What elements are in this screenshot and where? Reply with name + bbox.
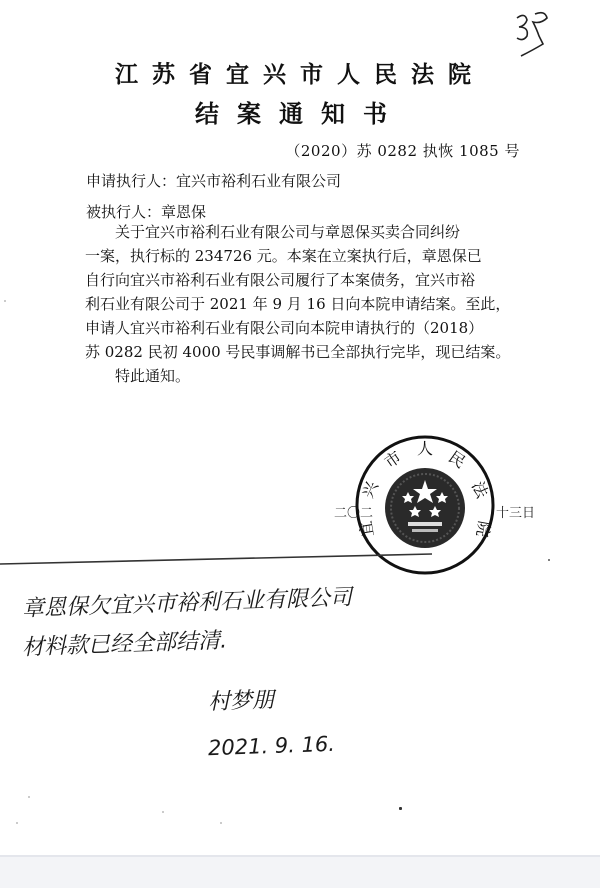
body-line: 自行向宜兴市裕利石业有限公司履行了本案债务，宜兴市裕	[85, 268, 525, 292]
stamp-date-right: 十三日	[496, 502, 535, 521]
applicant-label: 申请执行人：	[86, 172, 176, 190]
applicant-line: 申请执行人：宜兴市裕利石业有限公司	[86, 170, 341, 191]
scan-speck	[16, 822, 18, 824]
scan-speck	[399, 807, 402, 810]
separator-line	[0, 540, 440, 570]
document-title: 结案通知书	[0, 94, 600, 129]
scan-speck	[28, 796, 30, 798]
court-name-heading: 江苏省宜兴市人民法院	[0, 56, 600, 89]
scan-speck	[548, 559, 550, 561]
respondent-line: 被执行人：章恩保	[86, 201, 206, 222]
closing-line: 特此通知。	[85, 364, 525, 388]
svg-text:人: 人	[417, 439, 433, 458]
svg-text:院: 院	[473, 519, 494, 538]
scan-speck	[220, 822, 222, 824]
notice-body: 关于宜兴市裕利石业有限公司与章恩保买卖合同纠纷 一案，执行标的 234726 元…	[85, 220, 525, 388]
handwritten-date: 2021. 9. 16.	[208, 732, 336, 760]
viewer-footer-bar	[0, 855, 600, 888]
handwritten-signature: 村梦朋	[207, 683, 274, 716]
notice-page: 江苏省宜兴市人民法院 结案通知书 （2020）苏 0282 执恢 1085 号 …	[0, 0, 600, 860]
respondent-name: 章恩保	[161, 203, 206, 221]
applicant-name: 宜兴市裕利石业有限公司	[176, 172, 341, 190]
body-line: 关于宜兴市裕利石业有限公司与章恩保买卖合同纠纷	[85, 220, 525, 244]
handwritten-line-2: 材料款已经全部结清.	[22, 623, 228, 661]
body-line: 利石业有限公司于 2021 年 9 月 16 日向本院申请结案。至此，	[85, 292, 525, 316]
case-number: （2020）苏 0282 执恢 1085 号	[285, 140, 520, 161]
body-line: 一案，执行标的 234726 元。本案在立案执行后，章恩保已	[85, 244, 525, 268]
respondent-label: 被执行人：	[86, 203, 161, 221]
scan-speck	[4, 300, 6, 302]
scan-speck	[162, 811, 164, 813]
handwritten-line-1: 章恩保欠宜兴市裕利石业有限公司	[22, 580, 353, 622]
body-line: 申请人宜兴市裕利石业有限公司向本院申请执行的（2018）	[85, 316, 525, 340]
body-line: 苏 0282 民初 4000 号民事调解书已全部执行完毕，现已结案。	[85, 340, 525, 364]
svg-text:宜: 宜	[356, 519, 377, 538]
